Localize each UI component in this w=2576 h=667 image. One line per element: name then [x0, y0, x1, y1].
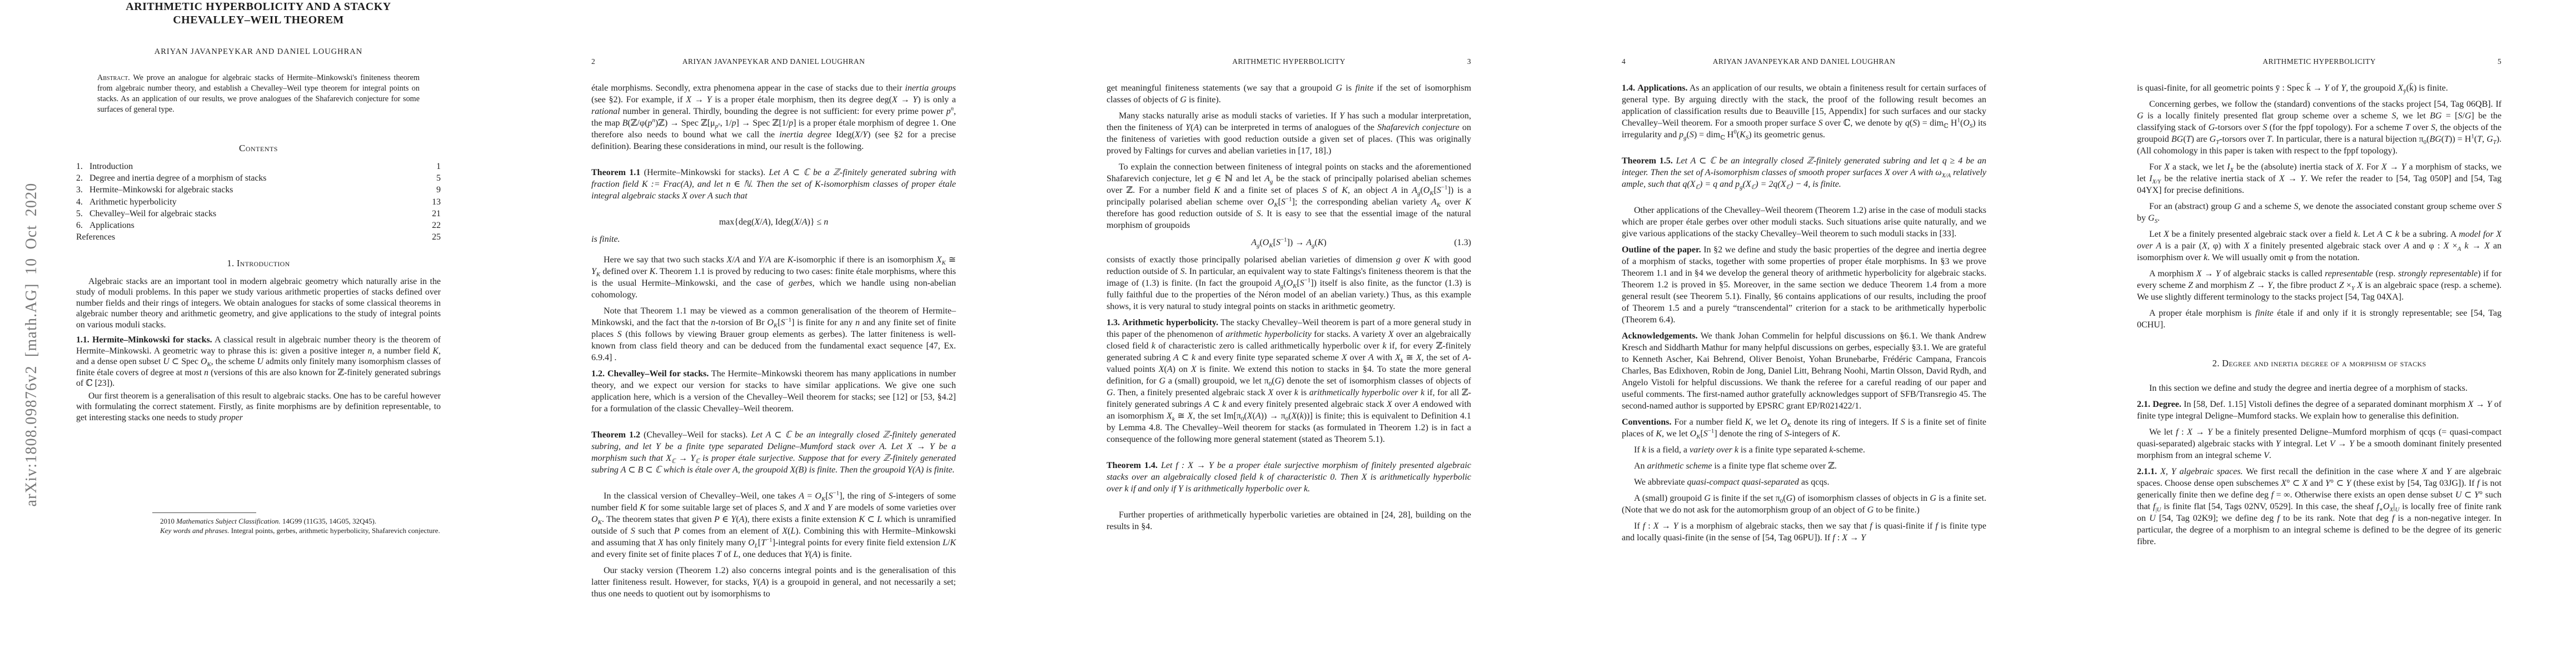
toc-number: 1. [76, 161, 89, 172]
toc-number: 4. [76, 196, 89, 208]
running-header: 2 ARIYAN JAVANPEYKAR AND DANIEL LOUGHRAN [591, 57, 956, 67]
abstract-label: Abstract. [97, 73, 130, 82]
toc-label: Chevalley–Weil for algebraic stacks [89, 208, 432, 220]
equation-tag: (1.3) [1454, 237, 1471, 248]
table-of-contents: 1.Introduction12.Degree and inertia degr… [76, 161, 441, 243]
subsection-number: 2.1. [2137, 400, 2150, 409]
subsection-title: X, Y algebraic spaces. [2160, 467, 2243, 476]
toc-page-number: 25 [432, 231, 441, 243]
section-heading: 2. Degree and inertia degree of a morphi… [2137, 357, 2502, 369]
page-3-content: get meaningful finiteness statements (we… [1107, 78, 1471, 532]
subsection-number: 1.4. [1622, 83, 1635, 93]
subsection: 1.1. Hermite–Minkowski for stacks. A cla… [76, 335, 441, 389]
arxiv-paper-screenshot: { "stamp": "arXiv:1808.09876v2 [math.AG]… [0, 0, 2576, 667]
theorem-label: Theorem 1.5. [1622, 156, 1673, 166]
paragraph: A morphism X → Y of algebraic stacks is … [2137, 268, 2502, 303]
paragraph: Note that Theorem 1.1 may be viewed as a… [591, 305, 956, 364]
page-1: arXiv:1808.09876v2 [math.AG] 10 Oct 2020… [0, 0, 515, 667]
toc-row: References25 [76, 231, 441, 243]
toc-label: Degree and inertia degree of a morphism … [89, 172, 436, 184]
page-4: 4 ARIYAN JAVANPEYKAR AND DANIEL LOUGHRAN… [1546, 0, 2061, 667]
footnote-line: Key words and phrases. Integral points, … [152, 526, 515, 535]
toc-page-number: 1 [436, 161, 441, 172]
run-in-heading-paragraph: Conventions. For a number field K, we le… [1622, 416, 1986, 440]
run-in-heading: Outline of the paper. [1622, 245, 1701, 255]
contents-heading: Contents [76, 143, 441, 154]
run-in-text: In §2 we define and study the basic prop… [1622, 245, 1986, 325]
subsection-number: 2.1.1. [2137, 467, 2157, 476]
run-in-text: For a number field K, we let OK denote i… [1622, 417, 1986, 439]
toc-row: 1.Introduction1 [76, 161, 441, 172]
running-header: ARITHMETIC HYPERBOLICITY 3 [1107, 57, 1471, 67]
theorem-label: Theorem 1.1 [591, 168, 640, 177]
paragraph: get meaningful finiteness statements (we… [1107, 82, 1471, 106]
subsection-text: In [58, Def. 1.15] Vistoli defines the d… [2137, 400, 2502, 421]
theorem-continuation: is finite. [591, 233, 956, 245]
paragraph: We abbreviate quasi-compact quasi-separa… [1622, 476, 1986, 488]
section-heading: 1. Introduction [76, 258, 441, 269]
paragraph: A proper étale morphism is finite étale … [2137, 307, 2502, 331]
running-title: ARIYAN JAVANPEYKAR AND DANIEL LOUGHRAN [1622, 57, 1986, 66]
abstract-text: We prove an analogue for algebraic stack… [97, 73, 420, 114]
subsection-number: 1.2. [591, 369, 605, 379]
paragraph: Our stacky version (Theorem 1.2) also co… [591, 565, 956, 600]
toc-label: Introduction [89, 161, 436, 172]
paper-title-line: CHEVALLEY–WEIL THEOREM [76, 13, 441, 27]
page-number: 5 [2498, 57, 2502, 66]
running-title: ARIYAN JAVANPEYKAR AND DANIEL LOUGHRAN [591, 57, 956, 66]
toc-page-number: 21 [432, 208, 441, 220]
theorem-statement: Let f : X → Y be a proper étale surjecti… [1107, 461, 1471, 494]
display-equation: Ag(OK[S−1]) → Ag(K)(1.3) [1107, 237, 1471, 248]
toc-row: 4.Arithmetic hyperbolicity13 [76, 196, 441, 208]
paragraph: Many stacks naturally arise as moduli st… [1107, 110, 1471, 157]
run-in-heading: Acknowledgements. [1622, 331, 1697, 341]
toc-label: Applications [89, 220, 432, 231]
theorem: Theorem 1.4. Let f : X → Y be a proper é… [1107, 460, 1471, 495]
paragraph: For an (abstract) group G and a scheme S… [2137, 201, 2502, 224]
display-equation: max{deg(X/A), Ideg(X/A)} ≤ n [591, 216, 956, 228]
toc-row: 3.Hermite–Minkowski for algebraic stacks… [76, 184, 441, 196]
running-header: 4 ARIYAN JAVANPEYKAR AND DANIEL LOUGHRAN [1622, 57, 1986, 67]
toc-label: References [76, 231, 432, 243]
toc-number: 6. [76, 220, 89, 231]
subsection-title: Arithmetic hyperbolicity. [1122, 318, 1218, 327]
subsection: 2.1.1. X, Y algebraic spaces. We first r… [2137, 466, 2502, 547]
theorem: Theorem 1.2 (Chevalley–Weil for stacks).… [591, 429, 956, 476]
subsection-title: Applications. [1637, 83, 1687, 93]
paragraph: Let X be a finitely presented algebraic … [2137, 228, 2502, 263]
paragraph: In the classical version of Chevalley–We… [591, 490, 956, 560]
authors: ARIYAN JAVANPEYKAR AND DANIEL LOUGHRAN [76, 47, 441, 58]
subsection-number: 1.1. [76, 335, 89, 345]
paper-pages: arXiv:1808.09876v2 [math.AG] 10 Oct 2020… [0, 0, 2576, 667]
paragraph: A (small) groupoid G is finite if the se… [1622, 492, 1986, 516]
paragraph: étale morphisms. Secondly, extra phenome… [591, 82, 956, 152]
page-5-content: is quasi-finite, for all geometric point… [2137, 78, 2502, 547]
paragraph: If k is a field, a variety over k is a f… [1622, 444, 1986, 456]
toc-row: 5.Chevalley–Weil for algebraic stacks21 [76, 208, 441, 220]
page-2: 2 ARIYAN JAVANPEYKAR AND DANIEL LOUGHRAN… [515, 0, 1030, 667]
equation-body: max{deg(X/A), Ideg(X/A)} ≤ n [591, 216, 956, 228]
page-5: ARITHMETIC HYPERBOLICITY 5 is quasi-fini… [2061, 0, 2576, 667]
running-title: ARITHMETIC HYPERBOLICITY [2137, 57, 2502, 66]
paragraph: If f : X → Y is a morphism of algebraic … [1622, 520, 1986, 544]
toc-label: Hermite–Minkowski for algebraic stacks [89, 184, 436, 196]
paragraph: In this section we define and study the … [2137, 382, 2502, 394]
subsection-title: Degree. [2153, 400, 2181, 409]
running-title: ARITHMETIC HYPERBOLICITY [1107, 57, 1471, 66]
toc-number: 2. [76, 172, 89, 184]
theorem: Theorem 1.5. Let A ⊂ ℂ be an integrally … [1622, 155, 1986, 190]
subsection: 2.1. Degree. In [58, Def. 1.15] Vistoli … [2137, 399, 2502, 422]
page-2-content: étale morphisms. Secondly, extra phenome… [591, 78, 956, 600]
paragraph: Our first theorem is a generalisation of… [76, 391, 441, 424]
run-in-heading-paragraph: Outline of the paper. In §2 we define an… [1622, 244, 1986, 326]
run-in-heading: Conventions. [1622, 417, 1671, 427]
arxiv-stamp: arXiv:1808.09876v2 [math.AG] 10 Oct 2020 [23, 182, 41, 506]
subsection-text: The stacky Chevalley–Weil theorem is par… [1107, 318, 1471, 444]
abstract: Abstract. We prove an analogue for algeb… [97, 73, 420, 115]
subsection: 1.2. Chevalley–Weil for stacks. The Herm… [591, 368, 956, 415]
subsection-number: 1.3. [1107, 318, 1120, 327]
subsection-text: We first recall the definition in the ca… [2137, 467, 2502, 546]
theorem-label: Theorem 1.4. [1107, 461, 1158, 470]
theorem-name: (Chevalley–Weil for stacks). [640, 430, 748, 440]
toc-row: 2.Degree and inertia degree of a morphis… [76, 172, 441, 184]
running-header: ARITHMETIC HYPERBOLICITY 5 [2137, 57, 2502, 67]
paragraph: We let f : X → Y be a finitely presented… [2137, 426, 2502, 461]
subsection-title: Chevalley–Weil for stacks. [607, 369, 709, 379]
toc-row: 6.Applications22 [76, 220, 441, 231]
paragraph: For X a stack, we let IX be the (absolut… [2137, 161, 2502, 196]
toc-page-number: 13 [432, 196, 441, 208]
paragraph: Concerning gerbes, we follow the (standa… [2137, 98, 2502, 157]
paragraph: An arithmetic scheme is a finite type fl… [1622, 460, 1986, 472]
paper-title: ARITHMETIC HYPERBOLICITY AND A STACKYCHE… [76, 0, 441, 27]
page-1-content: ARITHMETIC HYPERBOLICITY AND A STACKYCHE… [76, 0, 441, 423]
theorem-name: (Hermite–Minkowski for stacks). [640, 168, 765, 177]
page-3: ARITHMETIC HYPERBOLICITY 3 get meaningfu… [1030, 0, 1546, 667]
paragraph: is quasi-finite, for all geometric point… [2137, 82, 2502, 94]
paragraph: consists of exactly those principally po… [1107, 254, 1471, 312]
run-in-heading-paragraph: Acknowledgements. We thank Johan Commeli… [1622, 330, 1986, 412]
paragraph: Further properties of arithmetically hyp… [1107, 509, 1471, 532]
theorem-label: Theorem 1.2 [591, 430, 640, 440]
theorem: Theorem 1.1 (Hermite–Minkowski for stack… [591, 167, 956, 202]
toc-number: 3. [76, 184, 89, 196]
toc-page-number: 5 [436, 172, 441, 184]
footnote-line: 2010 Mathematics Subject Classification.… [152, 516, 515, 526]
equation-body: Ag(OK[S−1]) → Ag(K) [1107, 237, 1471, 248]
page-number: 3 [1467, 57, 1471, 66]
run-in-text: We thank Johan Commelin for helpful disc… [1622, 331, 1986, 411]
paragraph: Other applications of the Chevalley–Weil… [1622, 205, 1986, 240]
theorem-statement: Let A ⊂ ℂ be an integrally closed ℤ-fini… [1622, 156, 1986, 189]
paragraph: Algebraic stacks are an important tool i… [76, 276, 441, 331]
toc-page-number: 9 [436, 184, 441, 196]
subsection: 1.4. Applications. As an application of … [1622, 82, 1986, 141]
toc-number: 5. [76, 208, 89, 220]
paper-title-line: ARITHMETIC HYPERBOLICITY AND A STACKY [76, 0, 441, 13]
page-4-content: 1.4. Applications. As an application of … [1622, 78, 1986, 544]
toc-label: Arithmetic hyperbolicity [89, 196, 432, 208]
paragraph: To explain the connection between finite… [1107, 161, 1471, 231]
subsection: 1.3. Arithmetic hyperbolicity. The stack… [1107, 317, 1471, 445]
paragraph: Here we say that two such stacks X/A and… [591, 254, 956, 301]
toc-page-number: 22 [432, 220, 441, 231]
subsection-title: Hermite–Minkowski for stacks. [92, 335, 212, 345]
footnote-block: 2010 Mathematics Subject Classification.… [152, 512, 515, 535]
